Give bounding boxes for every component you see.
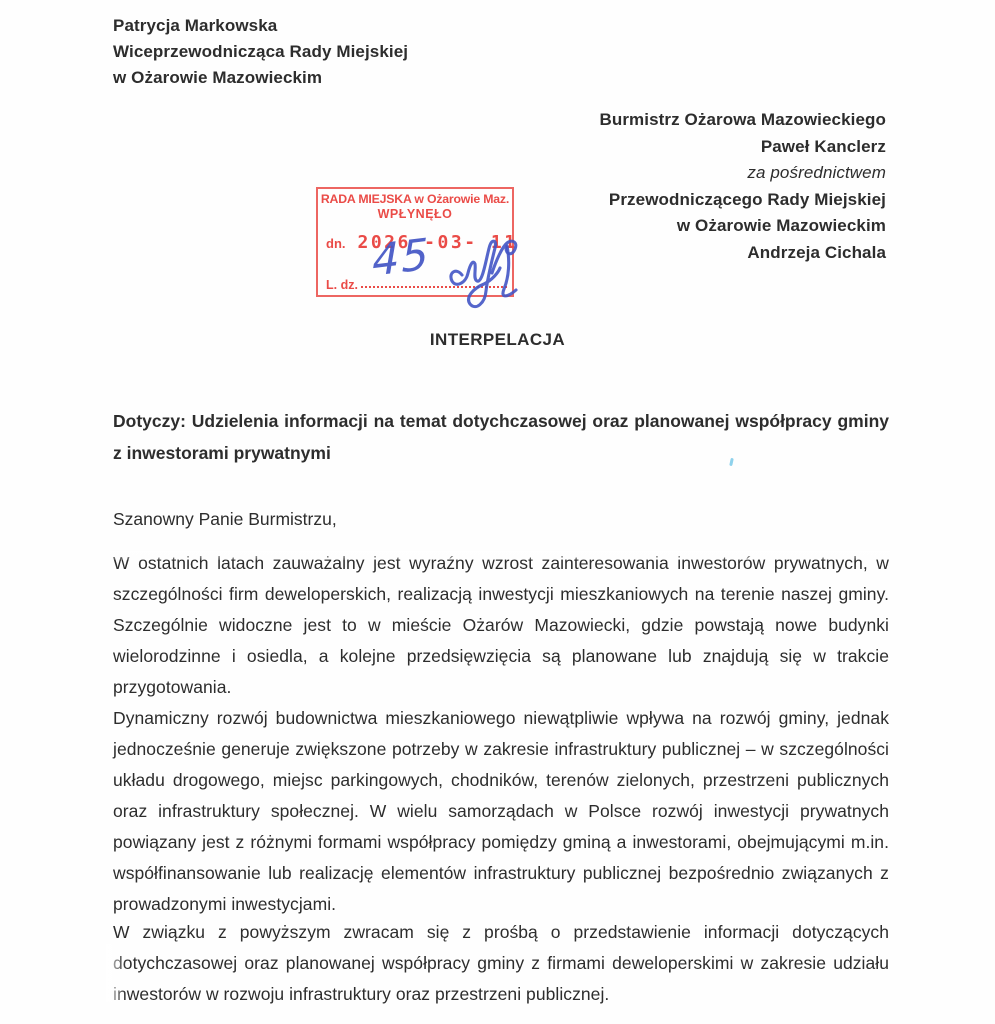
sender-block: Patrycja Markowska Wiceprzewodnicząca Ra…: [113, 13, 408, 91]
recipient-name: Paweł Kanclerz: [599, 134, 886, 161]
body-paragraph-3: W związku z powyższym zwracam się z proś…: [113, 917, 889, 1010]
sender-role: Wiceprzewodnicząca Rady Miejskiej: [113, 39, 408, 65]
handwritten-ref-number: 45: [372, 229, 431, 286]
recipient-block: Burmistrz Ożarowa Mazowieckiego Paweł Ka…: [599, 107, 886, 266]
stamp-org-line: RADA MIEJSKA w Ożarowie Maz.: [318, 192, 512, 206]
sender-location: w Ożarowie Mazowieckim: [113, 65, 408, 91]
intermediary-title: Przewodniczącego Rady Miejskiej: [599, 187, 886, 214]
intermediary-name: Andrzeja Cichala: [599, 240, 886, 267]
intermediary-location: w Ożarowie Mazowieckim: [599, 213, 886, 240]
recipient-title: Burmistrz Ożarowa Mazowieckiego: [599, 107, 886, 134]
salutation: Szanowny Panie Burmistrzu,: [113, 509, 337, 530]
body-paragraph-2: Dynamiczny rozwój budownictwa mieszkanio…: [113, 703, 889, 920]
body-paragraph-1: W ostatnich latach zauważalny jest wyraź…: [113, 548, 889, 703]
scanned-letter-page: Patrycja Markowska Wiceprzewodnicząca Ra…: [0, 0, 995, 1024]
subject-line: Dotyczy: Udzielenia informacji na temat …: [113, 406, 889, 469]
document-title: INTERPELACJA: [0, 330, 995, 350]
sender-name: Patrycja Markowska: [113, 13, 408, 39]
signature-scribble-icon: [440, 233, 540, 328]
stamp-ref-label: L. dz.: [326, 278, 358, 292]
stamp-date-prefix: dn.: [326, 236, 346, 251]
via-line: za pośrednictwem: [599, 160, 886, 187]
stamp-received-label: WPŁYNĘŁO: [318, 207, 512, 221]
